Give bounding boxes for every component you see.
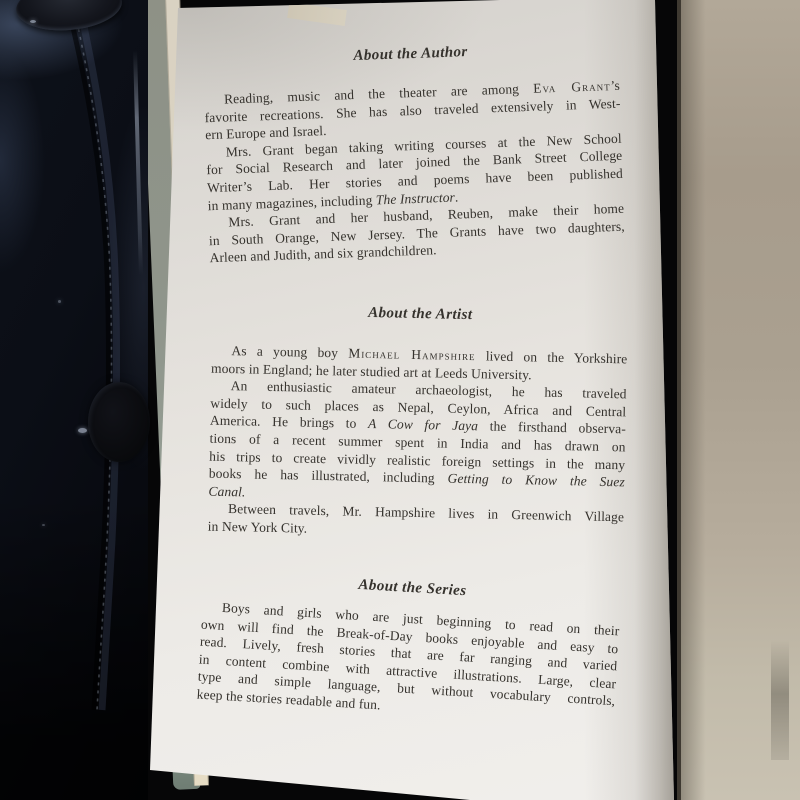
leather-cover — [0, 0, 148, 800]
light-speck — [30, 20, 36, 23]
light-speck — [42, 524, 45, 526]
facing-page — [677, 0, 800, 800]
section-about-the-artist: About the ArtistAs a young boy Michael H… — [208, 300, 629, 544]
small-caps-name: Michael Hampshire — [348, 346, 476, 364]
text-segment: ’s — [610, 78, 620, 93]
italic-title: Getting to Know the Suez — [447, 471, 624, 490]
book-photo: About the AuthorReading, music and the t… — [0, 0, 800, 800]
text-segment: America. He brings to — [210, 413, 368, 431]
text-segment: the firsthand observa- — [478, 419, 626, 437]
section-about-the-author: About the AuthorReading, music and the t… — [202, 37, 625, 267]
text-segment: in New York City. — [208, 519, 308, 536]
facing-page-crease — [771, 640, 789, 760]
italic-title: A Cow for Jaya — [368, 416, 478, 433]
section-heading: About the Author — [202, 37, 618, 72]
light-speck — [78, 428, 87, 433]
section-about-the-series: About the SeriesBoys and girls who are j… — [196, 566, 621, 728]
section-heading: About the Artist — [212, 300, 628, 329]
italic-title: Canal. — [208, 483, 245, 499]
small-caps-name: Eva Grant — [533, 78, 611, 96]
light-speck — [58, 300, 61, 303]
italic-title: The Instructor — [376, 189, 456, 207]
text-segment: . — [455, 189, 459, 204]
text-segment: lived on the Yorkshire — [475, 348, 627, 366]
text-segment: As a young boy — [231, 343, 348, 360]
snap-fastener-middle — [88, 382, 150, 462]
text-segment: ern Europe and Israel. — [205, 123, 327, 142]
